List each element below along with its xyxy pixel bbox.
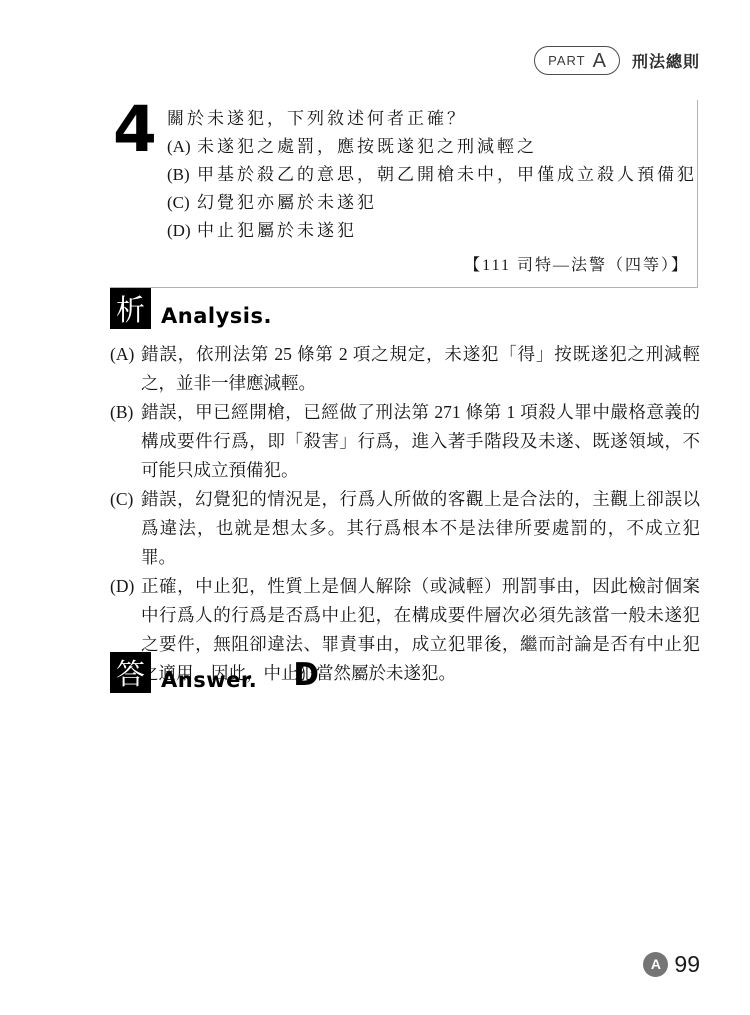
page-header: PART A 刑法總則	[534, 46, 700, 75]
analysis-item-c: (C) 錯誤，幻覺犯的情況是，行爲人所做的客觀上是合法的，主觀上卻誤以爲違法，也…	[110, 485, 700, 572]
option-text: 幻覺犯亦屬於未遂犯	[197, 189, 377, 217]
option-text: 甲基於殺乙的意思，朝乙開槍未中，甲僅成立殺人預備犯	[197, 161, 697, 189]
book-page: PART A 刑法總則 4 關於未遂犯，下列敘述何者正確？ (A) 未遂犯之處罰…	[0, 0, 750, 1015]
analysis-item-label: (B)	[110, 398, 141, 485]
analysis-heading: 析 Analysis.	[110, 288, 700, 329]
question-stem: 關於未遂犯，下列敘述何者正確？	[167, 105, 697, 133]
option-label: (B)	[167, 161, 197, 189]
analysis-icon: 析	[110, 288, 151, 329]
part-letter: A	[593, 51, 606, 71]
question-source: 【111 司特—法警（四等）】	[110, 252, 697, 275]
part-badge: PART A	[534, 46, 620, 75]
option-label: (A)	[167, 133, 197, 161]
option-label: (C)	[167, 189, 197, 217]
question-option-b: (B) 甲基於殺乙的意思，朝乙開槍未中，甲僅成立殺人預備犯	[167, 161, 697, 189]
analysis-list: (A) 錯誤，依刑法第 25 條第 2 項之規定，未遂犯「得」按既遂犯之刑減輕之…	[110, 340, 700, 688]
part-word: PART	[548, 53, 585, 68]
answer-value: D	[293, 660, 319, 693]
question-option-c: (C) 幻覺犯亦屬於未遂犯	[167, 189, 697, 217]
question-number: 4	[110, 100, 167, 245]
analysis-block: 析 Analysis. (A) 錯誤，依刑法第 25 條第 2 項之規定，未遂犯…	[110, 288, 700, 688]
analysis-item-label: (C)	[110, 485, 141, 572]
analysis-item-text: 錯誤，依刑法第 25 條第 2 項之規定，未遂犯「得」按既遂犯之刑減輕之，並非一…	[141, 340, 700, 398]
analysis-item-text: 錯誤，甲已經開槍，已經做了刑法第 271 條第 1 項殺人罪中嚴格意義的構成要件…	[141, 398, 700, 485]
page-footer: A 99	[643, 951, 700, 978]
option-text: 未遂犯之處罰，應按既遂犯之刑減輕之	[197, 133, 537, 161]
question-block: 4 關於未遂犯，下列敘述何者正確？ (A) 未遂犯之處罰，應按既遂犯之刑減輕之 …	[110, 100, 698, 288]
question-option-a: (A) 未遂犯之處罰，應按既遂犯之刑減輕之	[167, 133, 697, 161]
analysis-item-text: 錯誤，幻覺犯的情況是，行爲人所做的客觀上是合法的，主觀上卻誤以爲違法，也就是想太…	[141, 485, 700, 572]
answer-block: 答 Answer. D	[110, 652, 319, 693]
answer-title: Answer.	[161, 668, 257, 693]
analysis-item-b: (B) 錯誤，甲已經開槍，已經做了刑法第 271 條第 1 項殺人罪中嚴格意義的…	[110, 398, 700, 485]
question-row: 4 關於未遂犯，下列敘述何者正確？ (A) 未遂犯之處罰，應按既遂犯之刑減輕之 …	[110, 100, 697, 245]
footer-part-badge: A	[643, 952, 668, 977]
analysis-item-a: (A) 錯誤，依刑法第 25 條第 2 項之規定，未遂犯「得」按既遂犯之刑減輕之…	[110, 340, 700, 398]
section-title: 刑法總則	[632, 49, 700, 72]
footer-page-number: 99	[674, 951, 700, 978]
option-label: (D)	[167, 217, 197, 245]
answer-icon: 答	[110, 652, 151, 693]
question-content: 關於未遂犯，下列敘述何者正確？ (A) 未遂犯之處罰，應按既遂犯之刑減輕之 (B…	[167, 100, 697, 245]
option-text: 中止犯屬於未遂犯	[197, 217, 357, 245]
analysis-title: Analysis.	[161, 304, 272, 329]
analysis-item-label: (A)	[110, 340, 141, 398]
question-option-d: (D) 中止犯屬於未遂犯	[167, 217, 697, 245]
